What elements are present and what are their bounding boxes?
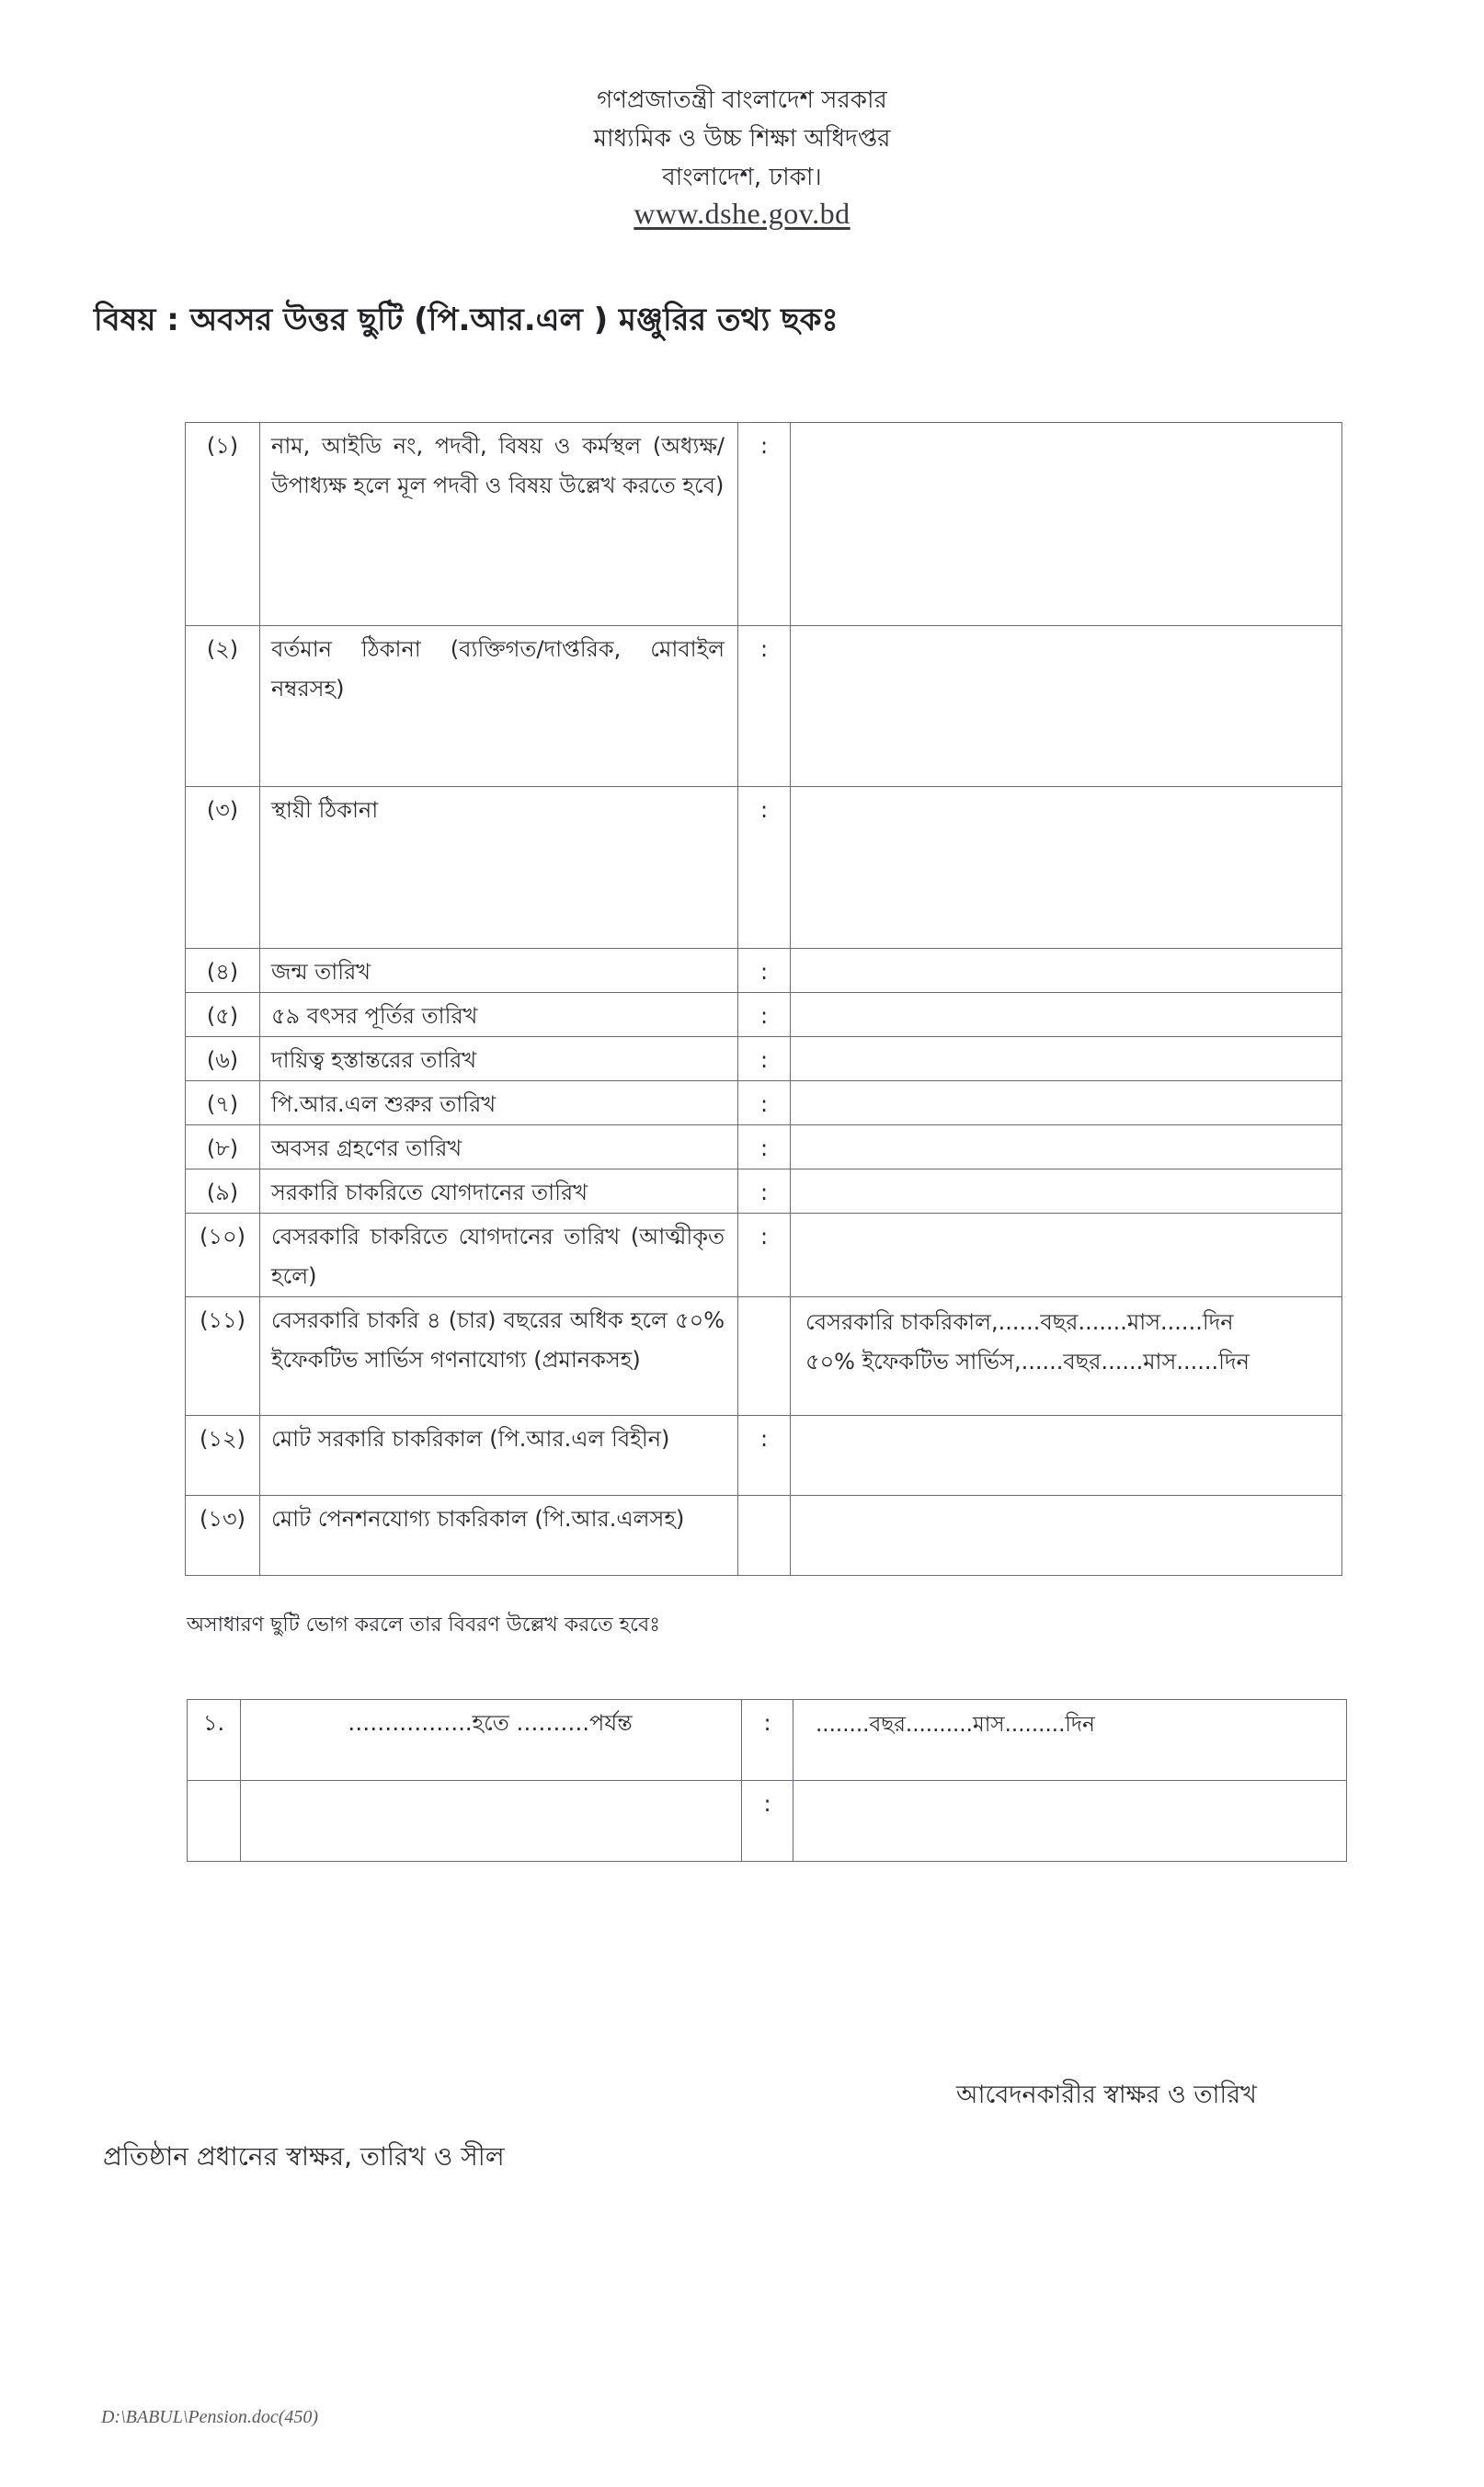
row-number: (৭) xyxy=(186,1081,260,1125)
colon-separator: : xyxy=(738,1416,791,1496)
applicant-signature-label: আবেদনকারীর স্বাক্ষর ও তারিখ xyxy=(956,2076,1257,2117)
table-row: (৭)পি.আর.এল শুরুর তারিখ: xyxy=(186,1081,1342,1125)
value-field[interactable] xyxy=(791,626,1342,787)
table-row: (১৩)মোট পেনশনযোগ্য চাকরিকাল (পি.আর.এলসহ) xyxy=(186,1496,1342,1576)
header-location: বাংলাদেশ, ঢাকা। xyxy=(0,158,1484,199)
header-government: গণপ্রজাতন্ত্রী বাংলাদেশ সরকার xyxy=(0,81,1484,121)
colon-separator: : xyxy=(742,1700,793,1781)
field-label: বর্তমান ঠিকানা (ব্যক্তিগত/দাপ্তরিক, মোবা… xyxy=(260,626,738,787)
header-directorate: মাধ্যমিক ও উচ্চ শিক্ষা অধিদপ্তর xyxy=(0,120,1484,160)
field-label: পি.আর.এল শুরুর তারিখ xyxy=(260,1081,738,1125)
colon-separator: : xyxy=(738,626,791,787)
field-label: মোট সরকারি চাকরিকাল (পি.আর.এল বিহীন) xyxy=(260,1416,738,1496)
row-number: (১২) xyxy=(186,1416,260,1496)
colon-separator: : xyxy=(738,1125,791,1169)
field-label: স্থায়ী ঠিকানা xyxy=(260,787,738,949)
row-number xyxy=(188,1781,241,1862)
table-row: (৮)অবসর গ্রহণের তারিখ: xyxy=(186,1125,1342,1169)
table-row: (৯)সরকারি চাকরিতে যোগদানের তারিখ: xyxy=(186,1169,1342,1214)
file-path-footer: D:\BABUL\Pension.doc(450) xyxy=(101,2407,318,2428)
field-label: মোট পেনশনযোগ্য চাকরিকাল (পি.আর.এলসহ) xyxy=(260,1496,738,1576)
leave-duration-field[interactable] xyxy=(793,1781,1347,1862)
row-number: (৪) xyxy=(186,949,260,993)
colon-separator: : xyxy=(738,993,791,1037)
value-field[interactable] xyxy=(791,787,1342,949)
value-field[interactable] xyxy=(791,949,1342,993)
colon-separator: : xyxy=(738,949,791,993)
table-row: ১.……………..হতে ……….পর্যন্ত:........বছর....… xyxy=(188,1700,1347,1781)
value-field[interactable] xyxy=(791,1496,1342,1576)
colon-separator: : xyxy=(738,1169,791,1214)
field-label: দায়িত্ব হস্তান্তরের তারিখ xyxy=(260,1037,738,1081)
value-field[interactable] xyxy=(791,1169,1342,1214)
row-number: (৬) xyxy=(186,1037,260,1081)
table-row: (৩)স্থায়ী ঠিকানা: xyxy=(186,787,1342,949)
website-link[interactable]: www.dshe.gov.bd xyxy=(634,197,850,230)
row-number: (১৩) xyxy=(186,1496,260,1576)
colon-separator: : xyxy=(738,423,791,626)
value-field[interactable] xyxy=(791,1214,1342,1297)
value-field[interactable] xyxy=(791,423,1342,626)
row-number: (১০) xyxy=(186,1214,260,1297)
colon-separator: : xyxy=(738,1037,791,1081)
colon-separator xyxy=(738,1496,791,1576)
value-field[interactable] xyxy=(791,1037,1342,1081)
field-label: জন্ম তারিখ xyxy=(260,949,738,993)
row-number: (১১) xyxy=(186,1297,260,1416)
page-title: বিষয় : অবসর উত্তর ছুটি (পি.আর.এল ) মঞ্জ… xyxy=(94,296,839,348)
table-row: (১১)বেসরকারি চাকরি ৪ (চার) বছরের অধিক হল… xyxy=(186,1297,1342,1416)
extraordinary-leave-note: অসাধারণ ছুটি ভোগ করলে তার বিবরণ উল্লেখ ক… xyxy=(187,1609,660,1643)
table-row: (১)নাম, আইডি নং, পদবী, বিষয় ও কর্মস্থল … xyxy=(186,423,1342,626)
row-number: (৩) xyxy=(186,787,260,949)
field-label: ৫৯ বৎসর পূর্তির তারিখ xyxy=(260,993,738,1037)
table-row: (৬)দায়িত্ব হস্তান্তরের তারিখ: xyxy=(186,1037,1342,1081)
extraordinary-leave-table: ১.……………..হতে ……….পর্যন্ত:........বছর....… xyxy=(187,1699,1347,1862)
table-row: : xyxy=(188,1781,1347,1862)
value-field[interactable] xyxy=(791,1125,1342,1169)
row-number: (২) xyxy=(186,626,260,787)
prl-info-table: (১)নাম, আইডি নং, পদবী, বিষয় ও কর্মস্থল … xyxy=(185,422,1342,1576)
field-label: বেসরকারি চাকরি ৪ (চার) বছরের অধিক হলে ৫০… xyxy=(260,1297,738,1416)
table-row: (৪)জন্ম তারিখ: xyxy=(186,949,1342,993)
field-label: অবসর গ্রহণের তারিখ xyxy=(260,1125,738,1169)
field-label: বেসরকারি চাকরিতে যোগদানের তারিখ (আত্মীকৃ… xyxy=(260,1214,738,1297)
field-label: নাম, আইডি নং, পদবী, বিষয় ও কর্মস্থল (অধ… xyxy=(260,423,738,626)
row-number: (৫) xyxy=(186,993,260,1037)
colon-separator: : xyxy=(742,1781,793,1862)
institution-head-signature-label: প্রতিষ্ঠান প্রধানের স্বাক্ষর, তারিখ ও সী… xyxy=(103,2137,505,2180)
service-period-line: ৫০% ইফেকটিভ সার্ভিস,......বছর......মাস..… xyxy=(805,1342,1327,1382)
table-row: (৫)৫৯ বৎসর পূর্তির তারিখ: xyxy=(186,993,1342,1037)
colon-separator: : xyxy=(738,787,791,949)
value-field[interactable] xyxy=(791,1081,1342,1125)
row-number: (৯) xyxy=(186,1169,260,1214)
field-label: সরকারি চাকরিতে যোগদানের তারিখ xyxy=(260,1169,738,1214)
table-row: (১০)বেসরকারি চাকরিতে যোগদানের তারিখ (আত্… xyxy=(186,1214,1342,1297)
table-row: (২)বর্তমান ঠিকানা (ব্যক্তিগত/দাপ্তরিক, ম… xyxy=(186,626,1342,787)
row-number: ১. xyxy=(188,1700,241,1781)
row-number: (১) xyxy=(186,423,260,626)
table-row: (১২)মোট সরকারি চাকরিকাল (পি.আর.এল বিহীন)… xyxy=(186,1416,1342,1496)
leave-period-field[interactable]: ……………..হতে ……….পর্যন্ত xyxy=(241,1700,742,1781)
colon-separator: : xyxy=(738,1214,791,1297)
value-field[interactable] xyxy=(791,1416,1342,1496)
colon-separator: : xyxy=(738,1081,791,1125)
service-period-field[interactable]: বেসরকারি চাকরিকাল,......বছর.......মাস...… xyxy=(791,1297,1342,1416)
colon-separator xyxy=(738,1297,791,1416)
row-number: (৮) xyxy=(186,1125,260,1169)
service-period-line: বেসরকারি চাকরিকাল,......বছর.......মাস...… xyxy=(805,1303,1327,1342)
leave-duration-field[interactable]: ........বছর..........মাস.........দিন xyxy=(793,1700,1347,1781)
value-field[interactable] xyxy=(791,993,1342,1037)
leave-period-field[interactable] xyxy=(241,1781,742,1862)
